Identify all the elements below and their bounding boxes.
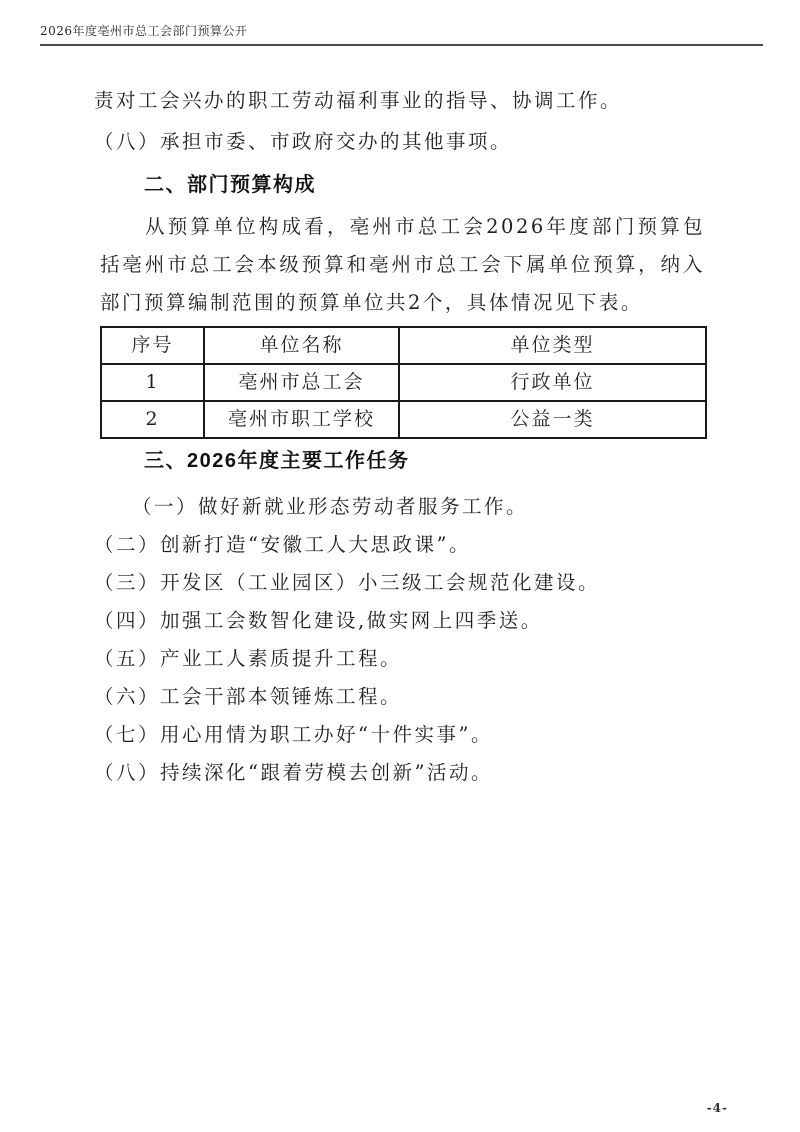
table-cell-unit-type: 行政单位 [399,364,706,401]
task-list: （一）做好新就业形态劳动者服务工作。 （二）创新打造“安徽工人大思政课”。 （三… [100,488,705,792]
task-item-4: （四）加强工会数智化建设,做实网上四季送。 [100,602,705,640]
table-header-cell: 单位名称 [204,327,399,364]
table-header-cell: 单位类型 [399,327,706,364]
task-item-1: （一）做好新就业形态劳动者服务工作。 [100,488,705,526]
table-cell-index: 2 [101,401,204,438]
table-header-cell: 序号 [101,327,204,364]
document-body: 责对工会兴办的职工劳动福利事业的指导、协调工作。 （八）承担市委、市政府交办的其… [100,80,705,792]
task-item-2: （二）创新打造“安徽工人大思政课”。 [100,526,705,564]
section-2-paragraph: 从预算单位构成看，亳州市总工会2026年度部门预算包括亳州市总工会本级预算和亳州… [100,208,705,322]
table-row: 1 亳州市总工会 行政单位 [101,364,706,401]
table-row: 2 亳州市职工学校 公益一类 [101,401,706,438]
task-item-8: （八）持续深化“跟着劳模去创新”活动。 [100,754,705,792]
task-item-6: （六）工会干部本领锤炼工程。 [100,678,705,716]
table-cell-index: 1 [101,364,204,401]
table-cell-unit-name: 亳州市职工学校 [204,401,399,438]
section-3-heading: 三、2026年度主要工作任务 [144,446,705,476]
table-header-row: 序号 单位名称 单位类型 [101,327,706,364]
page-number: -4- [707,1101,728,1115]
document-page: 2026年度亳州市总工会部门预算公开 责对工会兴办的职工劳动福利事业的指导、协调… [0,0,800,1132]
page-header: 2026年度亳州市总工会部门预算公开 [40,22,763,46]
table-cell-unit-type: 公益一类 [399,401,706,438]
paragraph-item-8-prev-section: （八）承担市委、市政府交办的其他事项。 [100,121,705,162]
task-item-3: （三）开发区（工业园区）小三级工会规范化建设。 [100,564,705,602]
table-cell-unit-name: 亳州市总工会 [204,364,399,401]
task-item-7: （七）用心用情为职工办好“十件实事”。 [100,716,705,754]
section-2-heading: 二、部门预算构成 [144,170,705,200]
budget-units-table: 序号 单位名称 单位类型 1 亳州市总工会 行政单位 2 亳州市职工学校 公益一… [100,326,707,439]
continuation-paragraph: 责对工会兴办的职工劳动福利事业的指导、协调工作。 [100,80,705,121]
task-item-5: （五）产业工人素质提升工程。 [100,640,705,678]
